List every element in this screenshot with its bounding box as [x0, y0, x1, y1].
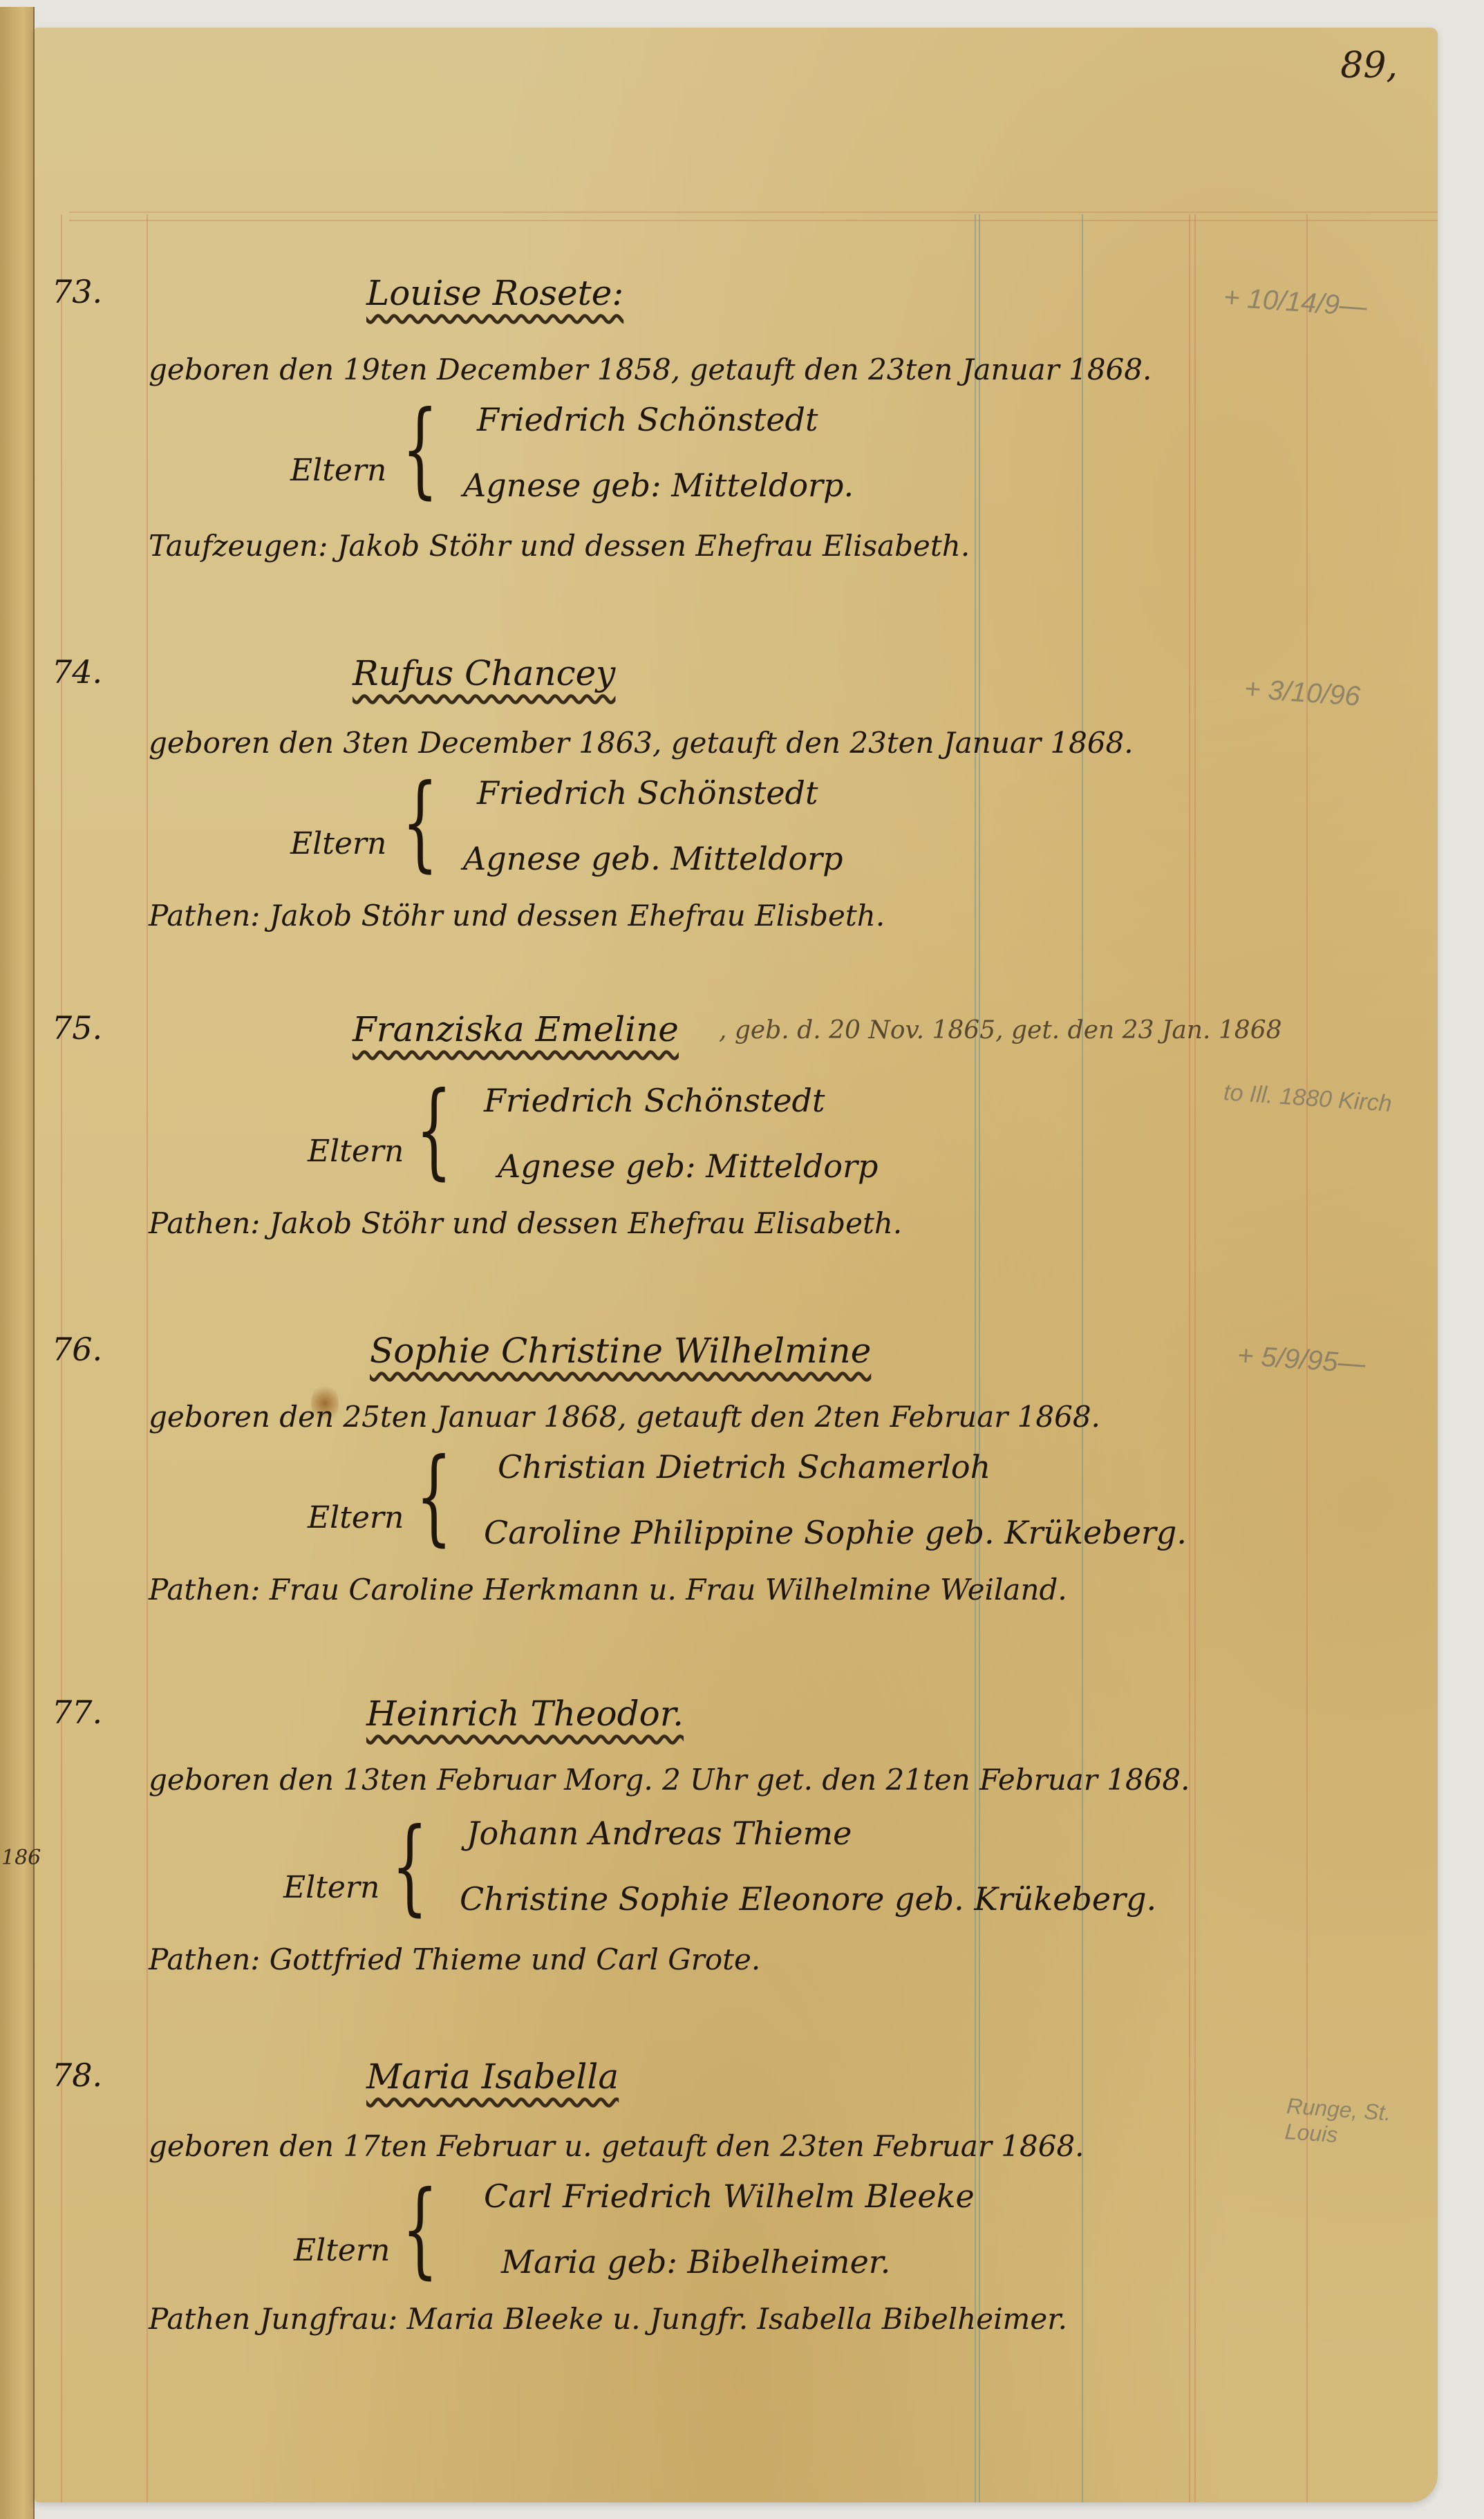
page-number: 89, — [1340, 45, 1398, 86]
father-name: Friedrich Schönstedt — [484, 1082, 825, 1119]
mother-name: Caroline Philippine Sophie geb. Krükeber… — [484, 1514, 1187, 1551]
header-rule — [69, 220, 1438, 221]
header-rule — [69, 212, 1438, 213]
mother-name: Christine Sophie Eleonore geb. Krükeberg… — [460, 1880, 1156, 1918]
child-name: Maria Isabella — [366, 2057, 619, 2097]
column-line — [1189, 214, 1190, 2502]
child-name: Franziska Emeline — [353, 1009, 679, 1049]
mother-name: Agnese geb: Mitteldorp. — [463, 467, 854, 504]
sponsors-line: Pathen: Gottfried Thieme und Carl Grote. — [149, 1942, 760, 1976]
pencil-note: Runge, St. Louis — [1284, 2093, 1426, 2154]
column-line — [1194, 214, 1196, 2502]
sponsors-line: Pathen: Jakob Stöhr und dessen Ehefrau E… — [149, 1206, 902, 1240]
mother-name: Agnese geb: Mitteldorp — [498, 1148, 879, 1185]
sponsors-line: Pathen: Frau Caroline Herkmann u. Frau W… — [149, 1573, 1067, 1607]
brace: { — [391, 1815, 427, 1918]
entry-number: 78. — [52, 2057, 102, 2094]
entry-number: 74. — [52, 653, 102, 691]
father-name: Johann Andreas Thieme — [467, 1815, 852, 1852]
entry-number: 73. — [52, 273, 102, 310]
birth-baptism-line: geboren den 19ten December 1858, getauft… — [149, 353, 1152, 386]
father-name: Friedrich Schönstedt — [477, 401, 818, 438]
entry-number: 77. — [52, 1694, 102, 1731]
birth-baptism-inline: , geb. d. 20 Nov. 1865, get. den 23 Jan.… — [719, 1016, 1282, 1045]
sponsors-line: Taufzeugen: Jakob Stöhr und dessen Ehefr… — [149, 529, 970, 563]
father-name: Carl Friedrich Wilhelm Bleeke — [484, 2178, 975, 2215]
brace: { — [415, 1445, 451, 1548]
left-margin-note: 186 — [1, 1846, 41, 1870]
parents-label: Eltern — [294, 2233, 390, 2268]
parents-label: Eltern — [290, 453, 386, 488]
entry-number: 75. — [52, 1009, 102, 1047]
birth-baptism-line: geboren den 13ten Februar Morg. 2 Uhr ge… — [149, 1763, 1190, 1797]
entry-number: 76. — [52, 1331, 102, 1368]
father-name: Christian Dietrich Schamerloh — [498, 1448, 990, 1486]
child-name: Sophie Christine Wilhelmine — [370, 1331, 871, 1371]
birth-baptism-line: geboren den 17ten Februar u. getauft den… — [149, 2129, 1084, 2163]
brace: { — [402, 397, 438, 501]
birth-baptism-line: geboren den 3ten December 1863, getauft … — [149, 726, 1134, 760]
margin-line — [147, 214, 148, 2502]
father-name: Friedrich Schönstedt — [477, 774, 818, 812]
mother-name: Maria geb: Bibelheimer. — [501, 2243, 890, 2281]
sponsors-line: Pathen Jungfrau: Maria Bleeke u. Jungfr.… — [149, 2302, 1067, 2336]
parents-label: Eltern — [308, 1500, 404, 1535]
child-name: Heinrich Theodor. — [366, 1694, 684, 1734]
parents-label: Eltern — [290, 826, 386, 861]
child-name: Rufus Chancey — [353, 653, 615, 693]
parents-label: Eltern — [283, 1870, 379, 1905]
birth-baptism-line: geboren den 25ten Januar 1868, getauft d… — [149, 1400, 1100, 1434]
sponsors-line: Pathen: Jakob Stöhr und dessen Ehefrau E… — [149, 899, 885, 933]
brace: { — [402, 771, 438, 874]
facing-page-edge — [0, 7, 35, 2519]
brace: { — [402, 2178, 438, 2281]
parents-label: Eltern — [308, 1134, 404, 1169]
brace: { — [415, 1078, 451, 1182]
mother-name: Agnese geb. Mitteldorp — [463, 840, 843, 877]
child-name: Louise Rosete: — [366, 273, 623, 313]
